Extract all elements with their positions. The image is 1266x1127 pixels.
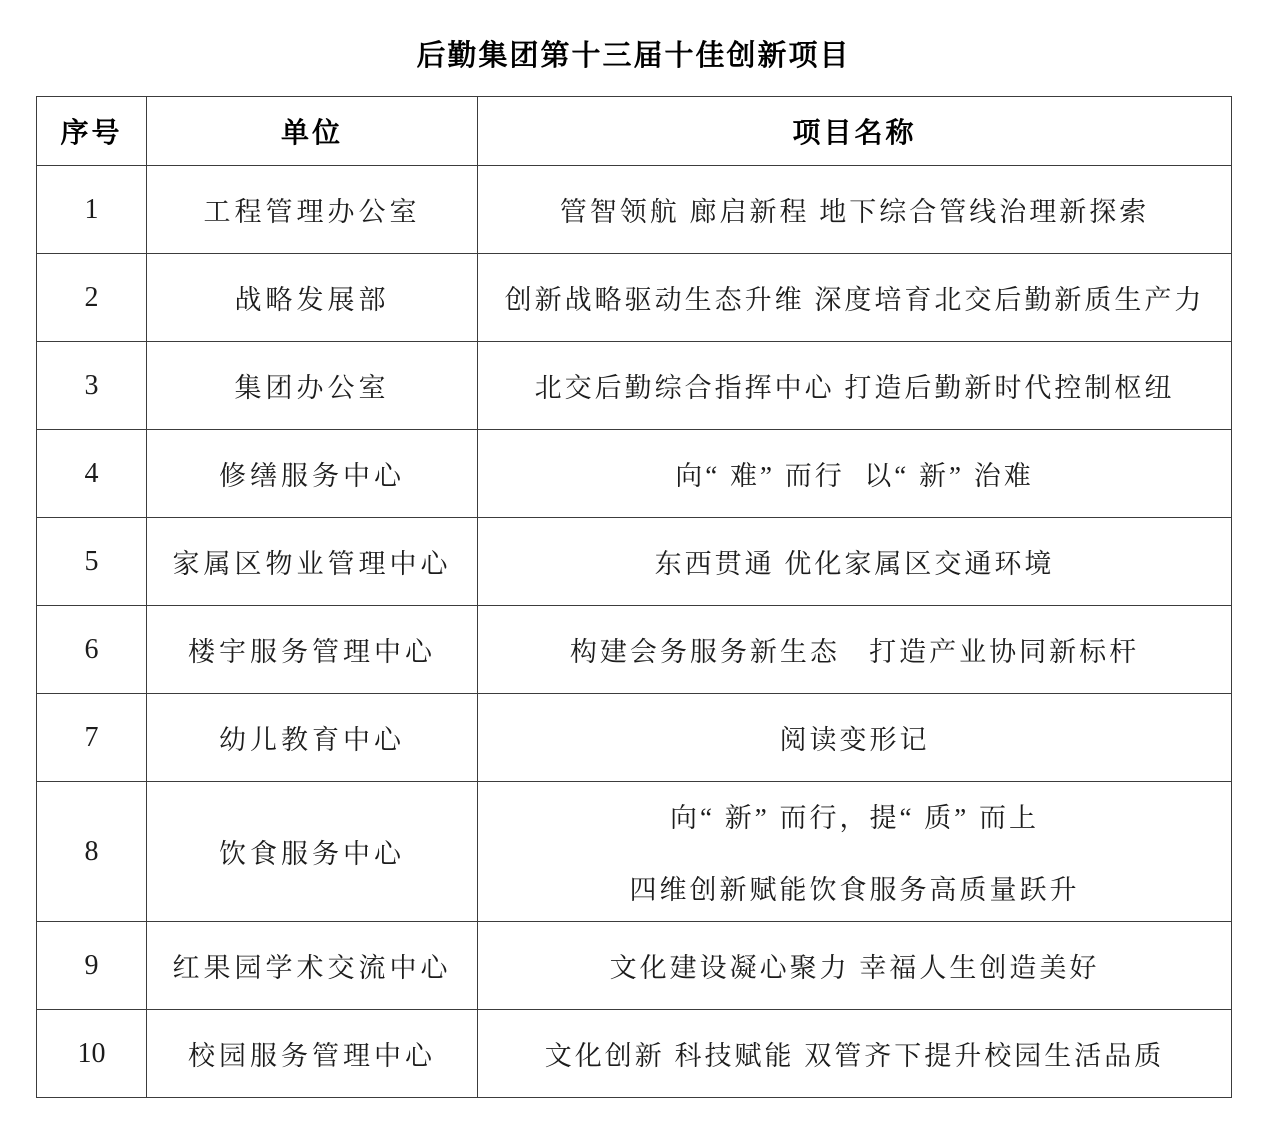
project-line: 文化创新 科技赋能 双管齐下提升校园生活品质: [488, 1034, 1221, 1073]
project-line: 东西贯通 优化家属区交通环境: [488, 542, 1221, 581]
cell-project: 阅读变形记: [478, 694, 1232, 782]
cell-project: 管智领航 廊启新程 地下综合管线治理新探索: [478, 166, 1232, 254]
cell-project: 文化创新 科技赋能 双管齐下提升校园生活品质: [478, 1010, 1232, 1098]
cell-index: 4: [37, 430, 147, 518]
table-row: 5 家属区物业管理中心 东西贯通 优化家属区交通环境: [37, 518, 1232, 606]
header-cell-index: 序号: [37, 97, 147, 166]
table-row: 4 修缮服务中心 向“ 难” 而行 以“ 新” 治难: [37, 430, 1232, 518]
cell-unit: 幼儿教育中心: [147, 694, 478, 782]
project-line: 文化建设凝心聚力 幸福人生创造美好: [488, 946, 1221, 985]
project-line: 阅读变形记: [488, 718, 1221, 757]
table-row: 1 工程管理办公室 管智领航 廊启新程 地下综合管线治理新探索: [37, 166, 1232, 254]
project-line: 向“ 难” 而行 以“ 新” 治难: [488, 454, 1221, 493]
table-body: 1 工程管理办公室 管智领航 廊启新程 地下综合管线治理新探索 2 战略发展部 …: [37, 166, 1232, 1098]
cell-index: 2: [37, 254, 147, 342]
cell-index: 7: [37, 694, 147, 782]
project-line: 管智领航 廊启新程 地下综合管线治理新探索: [488, 190, 1221, 229]
cell-unit: 集团办公室: [147, 342, 478, 430]
cell-project: 东西贯通 优化家属区交通环境: [478, 518, 1232, 606]
cell-unit: 战略发展部: [147, 254, 478, 342]
cell-project: 构建会务服务新生态 打造产业协同新标杆: [478, 606, 1232, 694]
header-cell-unit: 单位: [147, 97, 478, 166]
cell-index: 3: [37, 342, 147, 430]
table-row: 6 楼宇服务管理中心 构建会务服务新生态 打造产业协同新标杆: [37, 606, 1232, 694]
cell-unit: 修缮服务中心: [147, 430, 478, 518]
table-row: 2 战略发展部 创新战略驱动生态升维 深度培育北交后勤新质生产力: [37, 254, 1232, 342]
cell-unit: 饮食服务中心: [147, 782, 478, 922]
header-row: 序号 单位 项目名称: [37, 97, 1232, 166]
table-row: 9 红果园学术交流中心 文化建设凝心聚力 幸福人生创造美好: [37, 922, 1232, 1010]
table-row: 10 校园服务管理中心 文化创新 科技赋能 双管齐下提升校园生活品质: [37, 1010, 1232, 1098]
cell-project: 文化建设凝心聚力 幸福人生创造美好: [478, 922, 1232, 1010]
project-line: 创新战略驱动生态升维 深度培育北交后勤新质生产力: [488, 278, 1221, 317]
header-cell-project: 项目名称: [478, 97, 1232, 166]
project-line: 向“ 新” 而行，提“ 质” 而上: [488, 796, 1221, 835]
cell-project: 向“ 新” 而行，提“ 质” 而上四维创新赋能饮食服务高质量跃升: [478, 782, 1232, 922]
document-page: 后勤集团第十三届十佳创新项目 序号 单位 项目名称 1 工程管理办公室 管智领航…: [0, 0, 1266, 1127]
cell-index: 9: [37, 922, 147, 1010]
table-row: 8 饮食服务中心 向“ 新” 而行，提“ 质” 而上四维创新赋能饮食服务高质量跃…: [37, 782, 1232, 922]
cell-index: 8: [37, 782, 147, 922]
project-line: 北交后勤综合指挥中心 打造后勤新时代控制枢纽: [488, 366, 1221, 405]
projects-table: 序号 单位 项目名称 1 工程管理办公室 管智领航 廊启新程 地下综合管线治理新…: [36, 96, 1232, 1098]
project-line: 四维创新赋能饮食服务高质量跃升: [488, 868, 1221, 907]
project-line: 构建会务服务新生态 打造产业协同新标杆: [488, 630, 1221, 669]
table-row: 3 集团办公室 北交后勤综合指挥中心 打造后勤新时代控制枢纽: [37, 342, 1232, 430]
cell-index: 10: [37, 1010, 147, 1098]
cell-index: 6: [37, 606, 147, 694]
cell-project: 创新战略驱动生态升维 深度培育北交后勤新质生产力: [478, 254, 1232, 342]
page-title: 后勤集团第十三届十佳创新项目: [36, 33, 1231, 74]
cell-unit: 红果园学术交流中心: [147, 922, 478, 1010]
cell-unit: 家属区物业管理中心: [147, 518, 478, 606]
cell-project: 向“ 难” 而行 以“ 新” 治难: [478, 430, 1232, 518]
cell-unit: 楼宇服务管理中心: [147, 606, 478, 694]
cell-unit: 工程管理办公室: [147, 166, 478, 254]
cell-project: 北交后勤综合指挥中心 打造后勤新时代控制枢纽: [478, 342, 1232, 430]
cell-index: 1: [37, 166, 147, 254]
cell-index: 5: [37, 518, 147, 606]
cell-unit: 校园服务管理中心: [147, 1010, 478, 1098]
table-row: 7 幼儿教育中心 阅读变形记: [37, 694, 1232, 782]
